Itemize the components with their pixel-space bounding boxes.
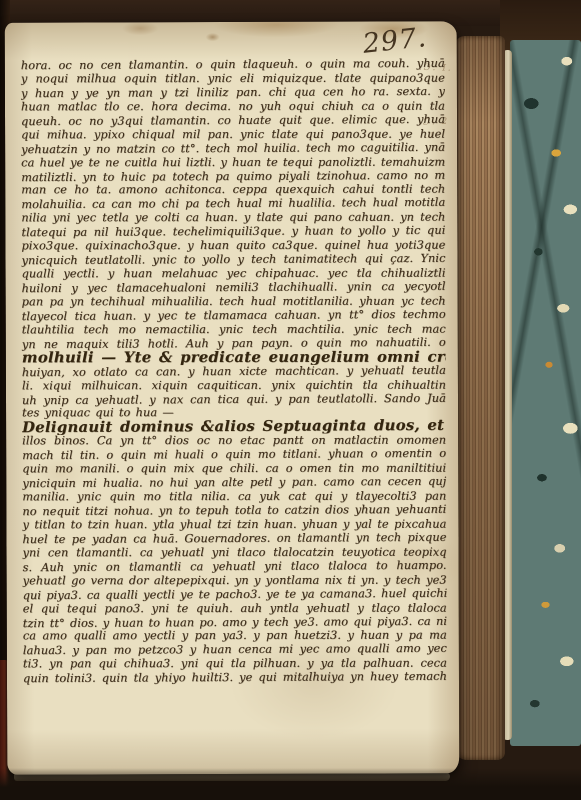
text-line: huiloni y yec tlamacehualoni nemili3 tla… [22, 280, 446, 296]
text-line: huan matlac tlo ce. hora decima. no yuh … [21, 99, 445, 114]
text-line: huiyan, xo otlato ca can. y huan xicte m… [22, 363, 446, 379]
text-line: no nequit titzi nohua. yn to tepuh totla… [22, 503, 446, 519]
manuscript-page: 297. .Ɔ. I. .Ɔ. 2 II hora. oc no cen tla… [5, 21, 460, 775]
text-line: manilia. ynic quin mo titla nilia. ca yu… [22, 490, 446, 505]
manuscript-photo: 297. .Ɔ. I. .Ɔ. 2 II hora. oc no cen tla… [0, 0, 581, 800]
text-line: ca huel ye te ne cuitla hui liztli. y hu… [21, 155, 445, 170]
text-line: qualli yectli. y huan melahuac yec chipa… [22, 267, 446, 282]
text-line: pan pa yn techihual mihualilia. tech hua… [22, 295, 446, 310]
text-line: molhuili — Yte & predicate euangelium om… [22, 350, 446, 365]
text-line: queuh. oc no y3qui tlamantin. co huate q… [21, 113, 445, 129]
folio-number: 297. [361, 22, 428, 60]
text-line: y titlan to tzin huan. ytla yhual tzi tz… [22, 518, 446, 533]
text-line: quin tolini3. quin tla yhiyo huilti3. ye… [23, 670, 447, 686]
page-stack-fore-edge [455, 36, 505, 760]
text-line: qui mihua. ypixo chiqual mil pan. ynic t… [21, 127, 445, 142]
text-line: y noqui milhua oquin titlan. ynic eli mi… [21, 72, 445, 87]
text-line: el qui tequi pano3. yni te quiuh. auh yn… [23, 601, 447, 616]
text-line: yni cen tlamantli. ca yehuatl yni tlaco … [23, 545, 447, 560]
text-line: yehuatl go verna dor altepepixqui. yn y … [23, 573, 447, 588]
text-line: s. Auh ynic on tlamantli ca yehuatl yni … [23, 559, 447, 575]
manuscript-text: hora. oc no cen tlamantin. o quin tlaque… [21, 57, 447, 686]
text-line: huel te pe yadan ca huā. Gouernadores. o… [22, 531, 446, 547]
text-line: yehuatzin y no matzin co tt°. tech mol h… [21, 140, 445, 156]
text-line: yn ne maquix tili3 hotli. Auh y pan payn… [22, 336, 446, 352]
text-line: y huan y ye yn man y tzi liniliz pan. ch… [21, 85, 445, 101]
text-line: tlayecol tica huan. y yec te tlamamaca c… [22, 308, 446, 324]
text-line: hora. oc no cen tlamantin. o quin tlaque… [21, 57, 445, 73]
text-line: tlauhtilia tech mo nemactilia. ynic tech… [22, 322, 446, 337]
text-line: qui piya3. ca qualli yectli ye te pacho3… [23, 586, 447, 602]
background-bottom [0, 768, 581, 800]
marbled-cover [510, 40, 581, 746]
text-line: li. xiqui milhuican. xiquin caquitican. … [22, 378, 446, 393]
